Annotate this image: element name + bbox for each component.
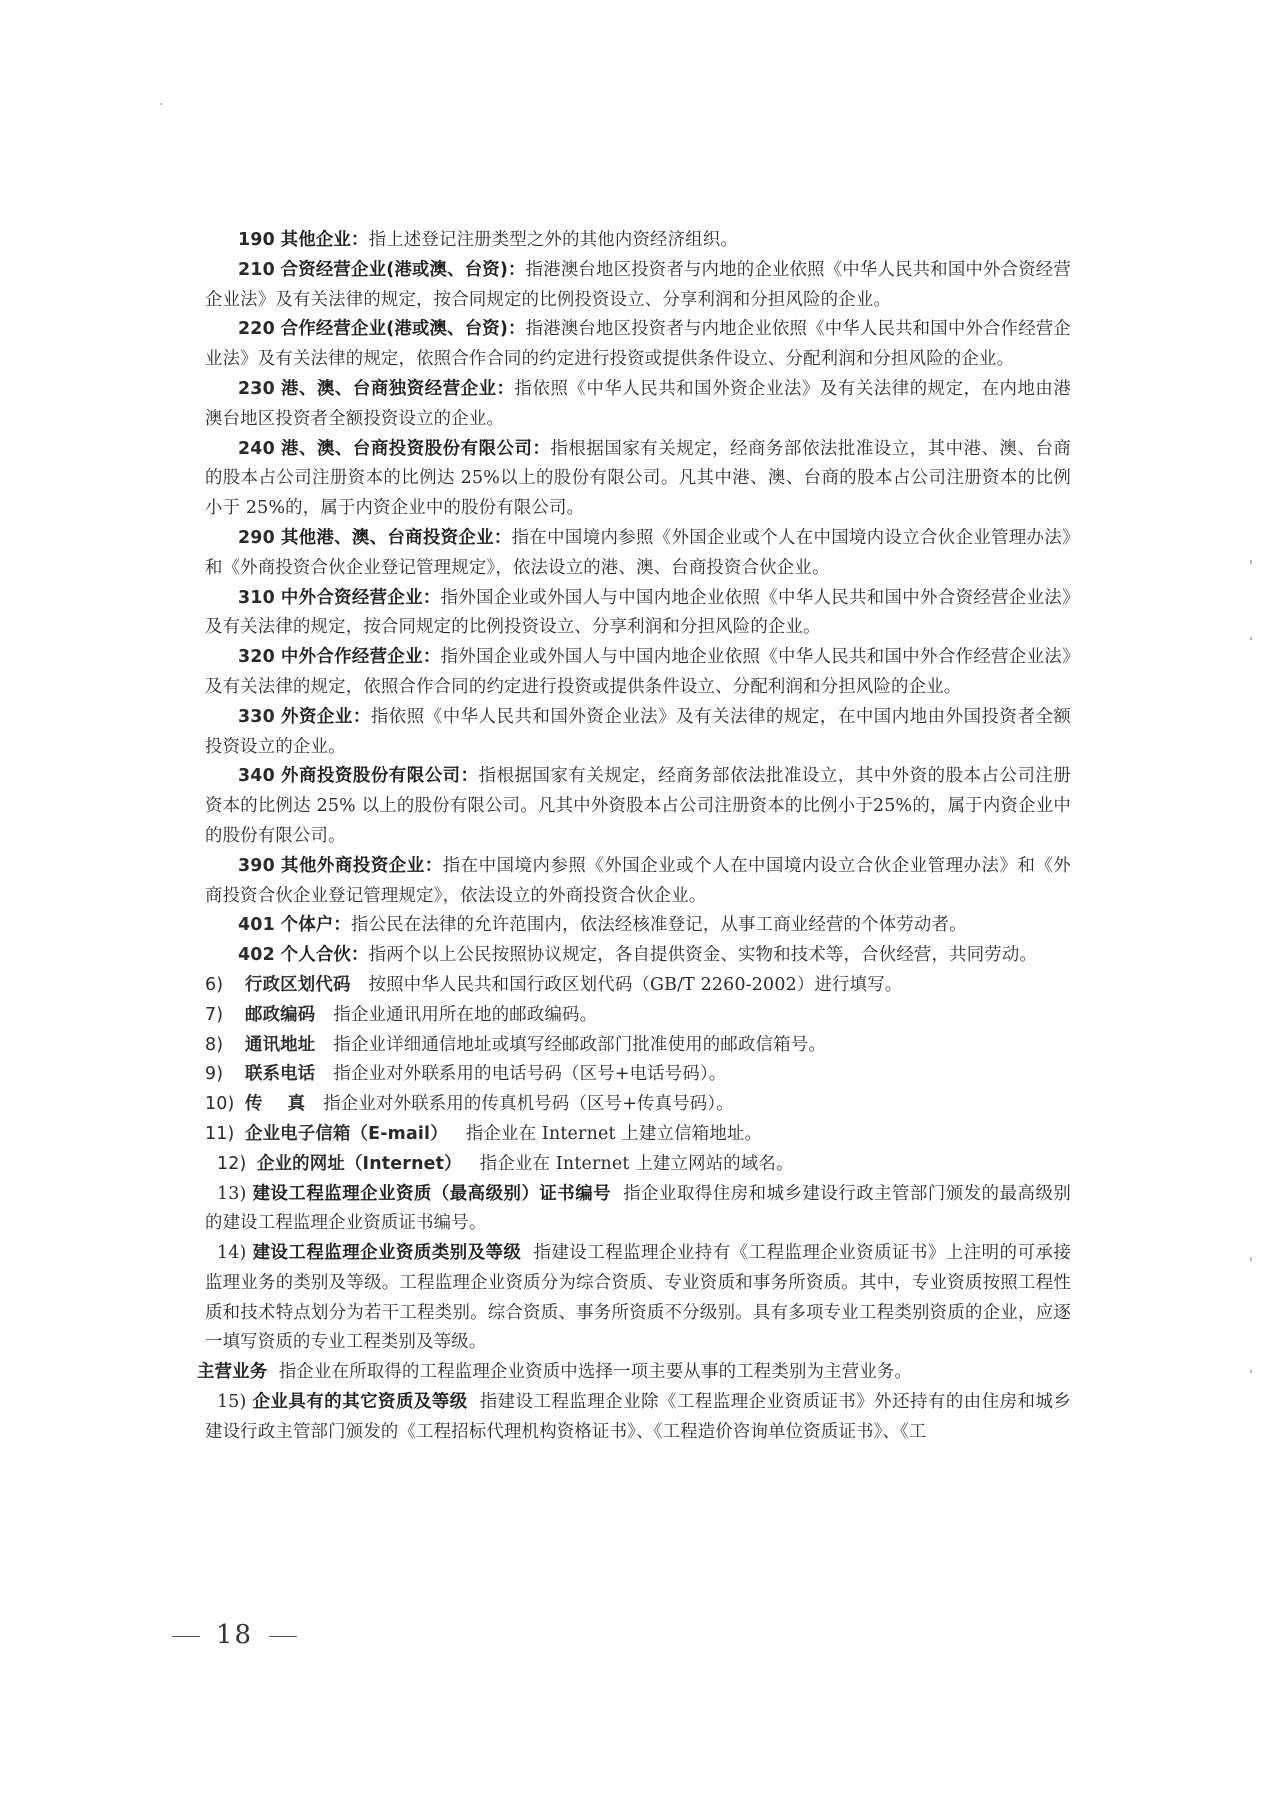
scan-speck [1250,560,1252,564]
definition-402: 402 个人合伙：指两个以上公民按照协议规定，各自提供资金、实物和技术等，合伙经… [205,941,1071,971]
page-footer: 18 [156,1620,313,1650]
field-14: 14) 建设工程监理企业资质类别及等级 指建设工程监理企业持有《工程监理企业资质… [205,1239,1071,1358]
definition-240: 240 港、澳、台商投资股份有限公司：指根据国家有关规定，经商务部依法批准设立，… [205,435,1071,524]
scan-speck [1250,1370,1252,1373]
dash-right [269,1636,297,1637]
definition-230: 230 港、澳、台商独资经营企业：指依照《中华人民共和国外资企业法》及有关法律的… [205,375,1071,435]
main-business: 主营业务 指企业在所取得的工程监理企业资质中选择一项主要从事的工程类别为主营业务… [205,1358,1071,1388]
definition-210: 210 合资经营企业(港或澳、台资)：指港澳台地区投资者与内地的企业依照《中华人… [205,256,1071,316]
page-number: 18 [216,1620,253,1650]
definition-330: 330 外资企业：指依照《中华人民共和国外资企业法》及有关法律的规定，在中国内地… [205,703,1071,763]
scan-speck [1250,637,1252,640]
field-11: 11)企业电子信箱（E-mail）指企业在 Internet 上建立信箱地址。 [205,1120,1071,1150]
field-13: 13) 建设工程监理企业资质（最高级别）证书编号 指企业取得住房和城乡建设行政主… [205,1180,1071,1240]
field-9: 9)联系电话指企业对外联系用的电话号码（区号+电话号码）。 [205,1060,1071,1090]
field-12: 12)企业的网址（Internet）指企业在 Internet 上建立网站的域名… [205,1150,1071,1180]
scan-speck [1250,1257,1252,1261]
field-10: 10)传 真指企业对外联系用的传真机号码（区号+传真号码）。 [205,1090,1071,1120]
field-15: 15) 企业具有的其它资质及等级 指建设工程监理企业除《工程监理企业资质证书》外… [205,1388,1071,1448]
definition-401: 401 个体户：指公民在法律的允许范围内，依法经核准登记，从事工商业经营的个体劳… [205,911,1071,941]
field-7: 7)邮政编码指企业通讯用所在地的邮政编码。 [205,1001,1071,1031]
field-8: 8)通讯地址指企业详细通信地址或填写经邮政部门批准使用的邮政信箱号。 [205,1031,1071,1061]
definition-310: 310 中外合资经营企业：指外国企业或外国人与中国内地企业依照《中华人民共和国中… [205,584,1071,644]
dash-left [172,1636,200,1637]
definition-220: 220 合作经营企业(港或澳、台资)：指港澳台地区投资者与内地企业依照《中华人民… [205,315,1071,375]
definition-390: 390 其他外商投资企业：指在中国境内参照《外国企业或个人在中国境内设立合伙企业… [205,852,1071,912]
document-page: 190 其他企业：指上述登记注册类型之外的其他内资经济组织。 210 合资经营企… [205,226,1071,1448]
definition-340: 340 外商投资股份有限公司：指根据国家有关规定，经商务部依法批准设立，其中外资… [205,762,1071,851]
definition-190: 190 其他企业：指上述登记注册类型之外的其他内资经济组织。 [205,226,1071,256]
definition-320: 320 中外合作经营企业：指外国企业或外国人与中国内地企业依照《中华人民共和国中… [205,643,1071,703]
definition-290: 290 其他港、澳、台商投资企业：指在中国境内参照《外国企业或个人在中国境内设立… [205,524,1071,584]
scan-speck [160,103,162,105]
field-6: 6)行政区划代码按照中华人民共和国行政区划代码（GB/T 2260-2002）进… [205,971,1071,1001]
